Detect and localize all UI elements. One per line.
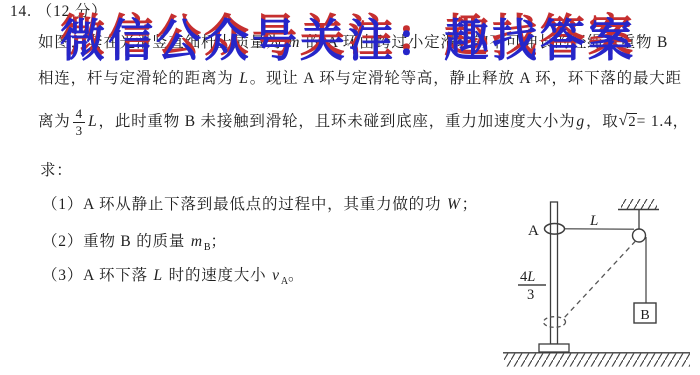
question-number: 14. — [10, 3, 32, 20]
radical-sign: √ — [619, 113, 628, 129]
var-W: W — [446, 196, 462, 213]
var-L-q3: L — [153, 267, 164, 284]
q1-text: （1）A 环从静止下落到最低点的过程中，其重力做的功 — [42, 196, 446, 213]
var-mB: m — [190, 233, 204, 250]
q3-text: （3）A 环下落 — [42, 267, 153, 284]
ask-label: 求： — [40, 162, 73, 181]
var-g: g — [575, 113, 586, 132]
sqrt-2: √ 2 — [619, 113, 637, 131]
radicand: 2 — [627, 113, 636, 131]
var-L: L — [238, 70, 249, 87]
var-vA-subscript: A — [281, 276, 288, 287]
string-dashed — [564, 241, 636, 318]
sub-question-3: （3）A 环下落 L 时的速度大小 vA。 — [42, 267, 304, 288]
distance-L-label: L — [589, 213, 598, 229]
problem-line-3: 离为 4 3 L，此时重物 B 未接触到滑轮，且环未碰到底座，重力加速度大小为 … — [38, 104, 689, 140]
var-mB-subscript: B — [204, 242, 211, 253]
fraction-4-3: 4 3 — [73, 107, 86, 137]
problem-line-2: 相连，杆与定滑轮的距离为 L。现让 A 环与定滑轮等高，静止释放 A 环，环下落… — [38, 70, 682, 89]
fall-distance-label-numerator: 4L — [520, 269, 535, 285]
ring-A-label: A — [528, 223, 539, 239]
pulley — [633, 229, 646, 242]
line3-text-mid: ，此时重物 B 未接触到滑轮，且环未碰到底座，重力加速度大小为 — [99, 113, 576, 132]
q3-text-post: 。 — [288, 267, 304, 284]
q2-text-post: ； — [211, 233, 227, 250]
fall-distance-label-denominator: 3 — [527, 287, 534, 303]
line3-text: 离为 — [38, 113, 71, 132]
rod-base — [539, 344, 569, 352]
ground-hatch — [504, 354, 690, 367]
watermark-text: 微信公众号关注：趣找答案 — [60, 4, 636, 69]
line3-text-tail: = 1.4， — [637, 113, 689, 132]
ceiling-hatch — [621, 199, 657, 209]
sub-question-2: （2）重物 B 的质量 mB； — [42, 233, 227, 254]
fraction-denominator: 3 — [73, 123, 86, 138]
line2-text-post: 。现让 A 环与定滑轮等高，静止释放 A 环，环下落的最大距 — [250, 70, 682, 87]
q2-text: （2）重物 B 的质量 — [42, 233, 190, 250]
line2-text: 相连，杆与定滑轮的距离为 — [38, 70, 238, 87]
pulley-diagram: L A 4L 3 B — [498, 192, 700, 375]
var-vA: v — [271, 267, 281, 284]
fraction-numerator: 4 — [73, 107, 86, 123]
line3-text-mid2: ，取 — [586, 113, 619, 132]
exam-page: 14.（12 分） 微信公众号关注：趣找答案 如图，套在光滑竖直细杆上质量为 m… — [0, 0, 700, 375]
block-B-label: B — [640, 308, 649, 323]
sub-question-1: （1）A 环从静止下落到最低点的过程中，其重力做的功 W； — [42, 196, 478, 215]
q3-text-mid: 时的速度大小 — [164, 267, 271, 284]
q1-text-post: ； — [462, 196, 478, 213]
var-L-after-fraction: L — [87, 113, 98, 132]
